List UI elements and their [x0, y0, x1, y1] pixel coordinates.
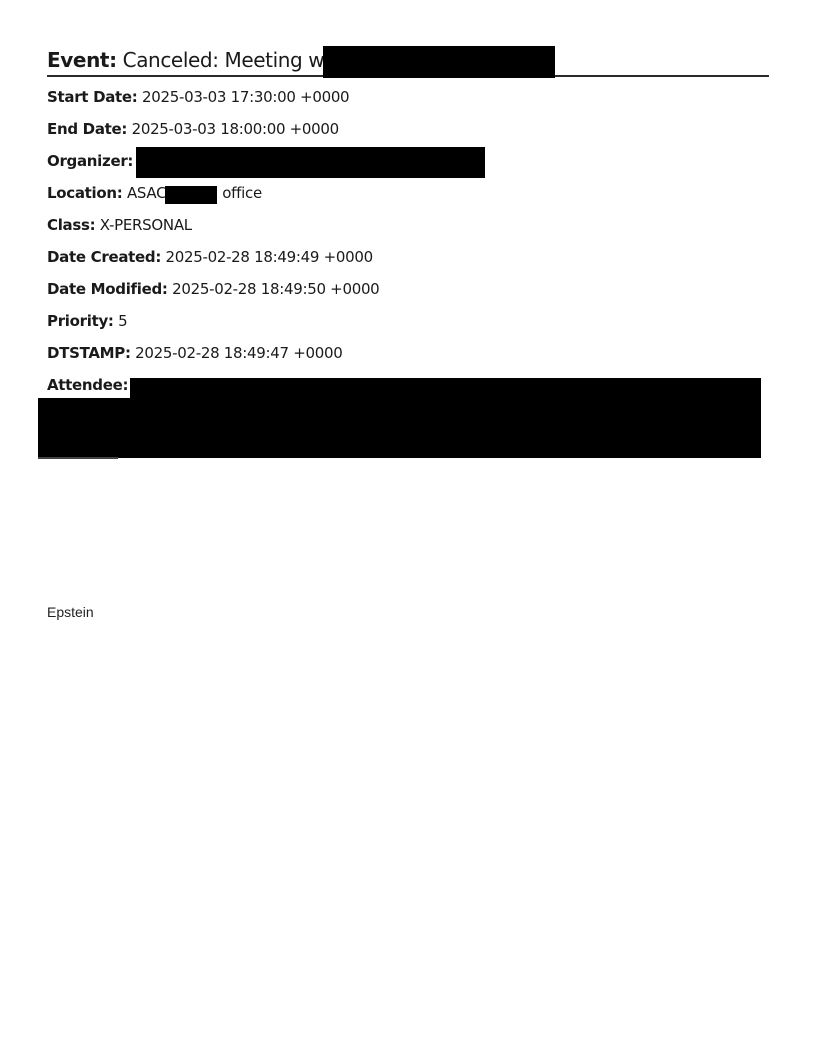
field-start-date: Start Date: 2025-03-03 17:30:00 +0000 — [47, 87, 349, 107]
field-organizer: Organizer: — [47, 151, 133, 171]
field-date-created: Date Created: 2025-02-28 18:49:49 +0000 — [47, 247, 373, 267]
date-modified-label: Date Modified: — [47, 280, 168, 298]
start-date-label: Start Date: — [47, 88, 138, 106]
dtstamp-label: DTSTAMP: — [47, 344, 131, 362]
event-value: Canceled: Meeting w/ S — [123, 48, 349, 72]
end-date-value: 2025-03-03 18:00:00 +0000 — [132, 120, 339, 138]
field-end-date: End Date: 2025-03-03 18:00:00 +0000 — [47, 119, 339, 139]
field-date-modified: Date Modified: 2025-02-28 18:49:50 +0000 — [47, 279, 379, 299]
attendee-label: Attendee: — [47, 376, 128, 394]
priority-value: 5 — [118, 312, 127, 330]
location-label: Location: — [47, 184, 122, 202]
priority-label: Priority: — [47, 312, 114, 330]
date-created-value: 2025-02-28 18:49:49 +0000 — [166, 248, 373, 266]
organizer-label: Organizer: — [47, 152, 133, 170]
class-value: X-PERSONAL — [100, 216, 192, 234]
class-label: Class: — [47, 216, 95, 234]
redaction-attendee-line — [130, 378, 761, 399]
text-fragment-line — [38, 457, 118, 459]
redaction-event-title — [323, 46, 555, 78]
field-attendee: Attendee: — [47, 375, 128, 395]
date-modified-value: 2025-02-28 18:49:50 +0000 — [172, 280, 379, 298]
redaction-attendee-block — [38, 398, 761, 458]
dtstamp-value: 2025-02-28 18:49:47 +0000 — [135, 344, 342, 362]
document-page: Event: Canceled: Meeting w/ S Start Date… — [0, 0, 816, 1056]
start-date-value: 2025-03-03 17:30:00 +0000 — [142, 88, 349, 106]
date-created-label: Date Created: — [47, 248, 161, 266]
field-dtstamp: DTSTAMP: 2025-02-28 18:49:47 +0000 — [47, 343, 342, 363]
end-date-label: End Date: — [47, 120, 127, 138]
redaction-organizer — [136, 147, 485, 178]
location-value-suffix: office — [222, 184, 262, 202]
field-location: Location: ASACoffice — [47, 183, 262, 203]
redaction-location — [165, 186, 217, 204]
field-priority: Priority: 5 — [47, 311, 127, 331]
field-class: Class: X-PERSONAL — [47, 215, 192, 235]
location-value-prefix: ASAC — [127, 184, 166, 202]
footer-text: Epstein — [47, 604, 94, 620]
event-label: Event: — [47, 48, 117, 72]
